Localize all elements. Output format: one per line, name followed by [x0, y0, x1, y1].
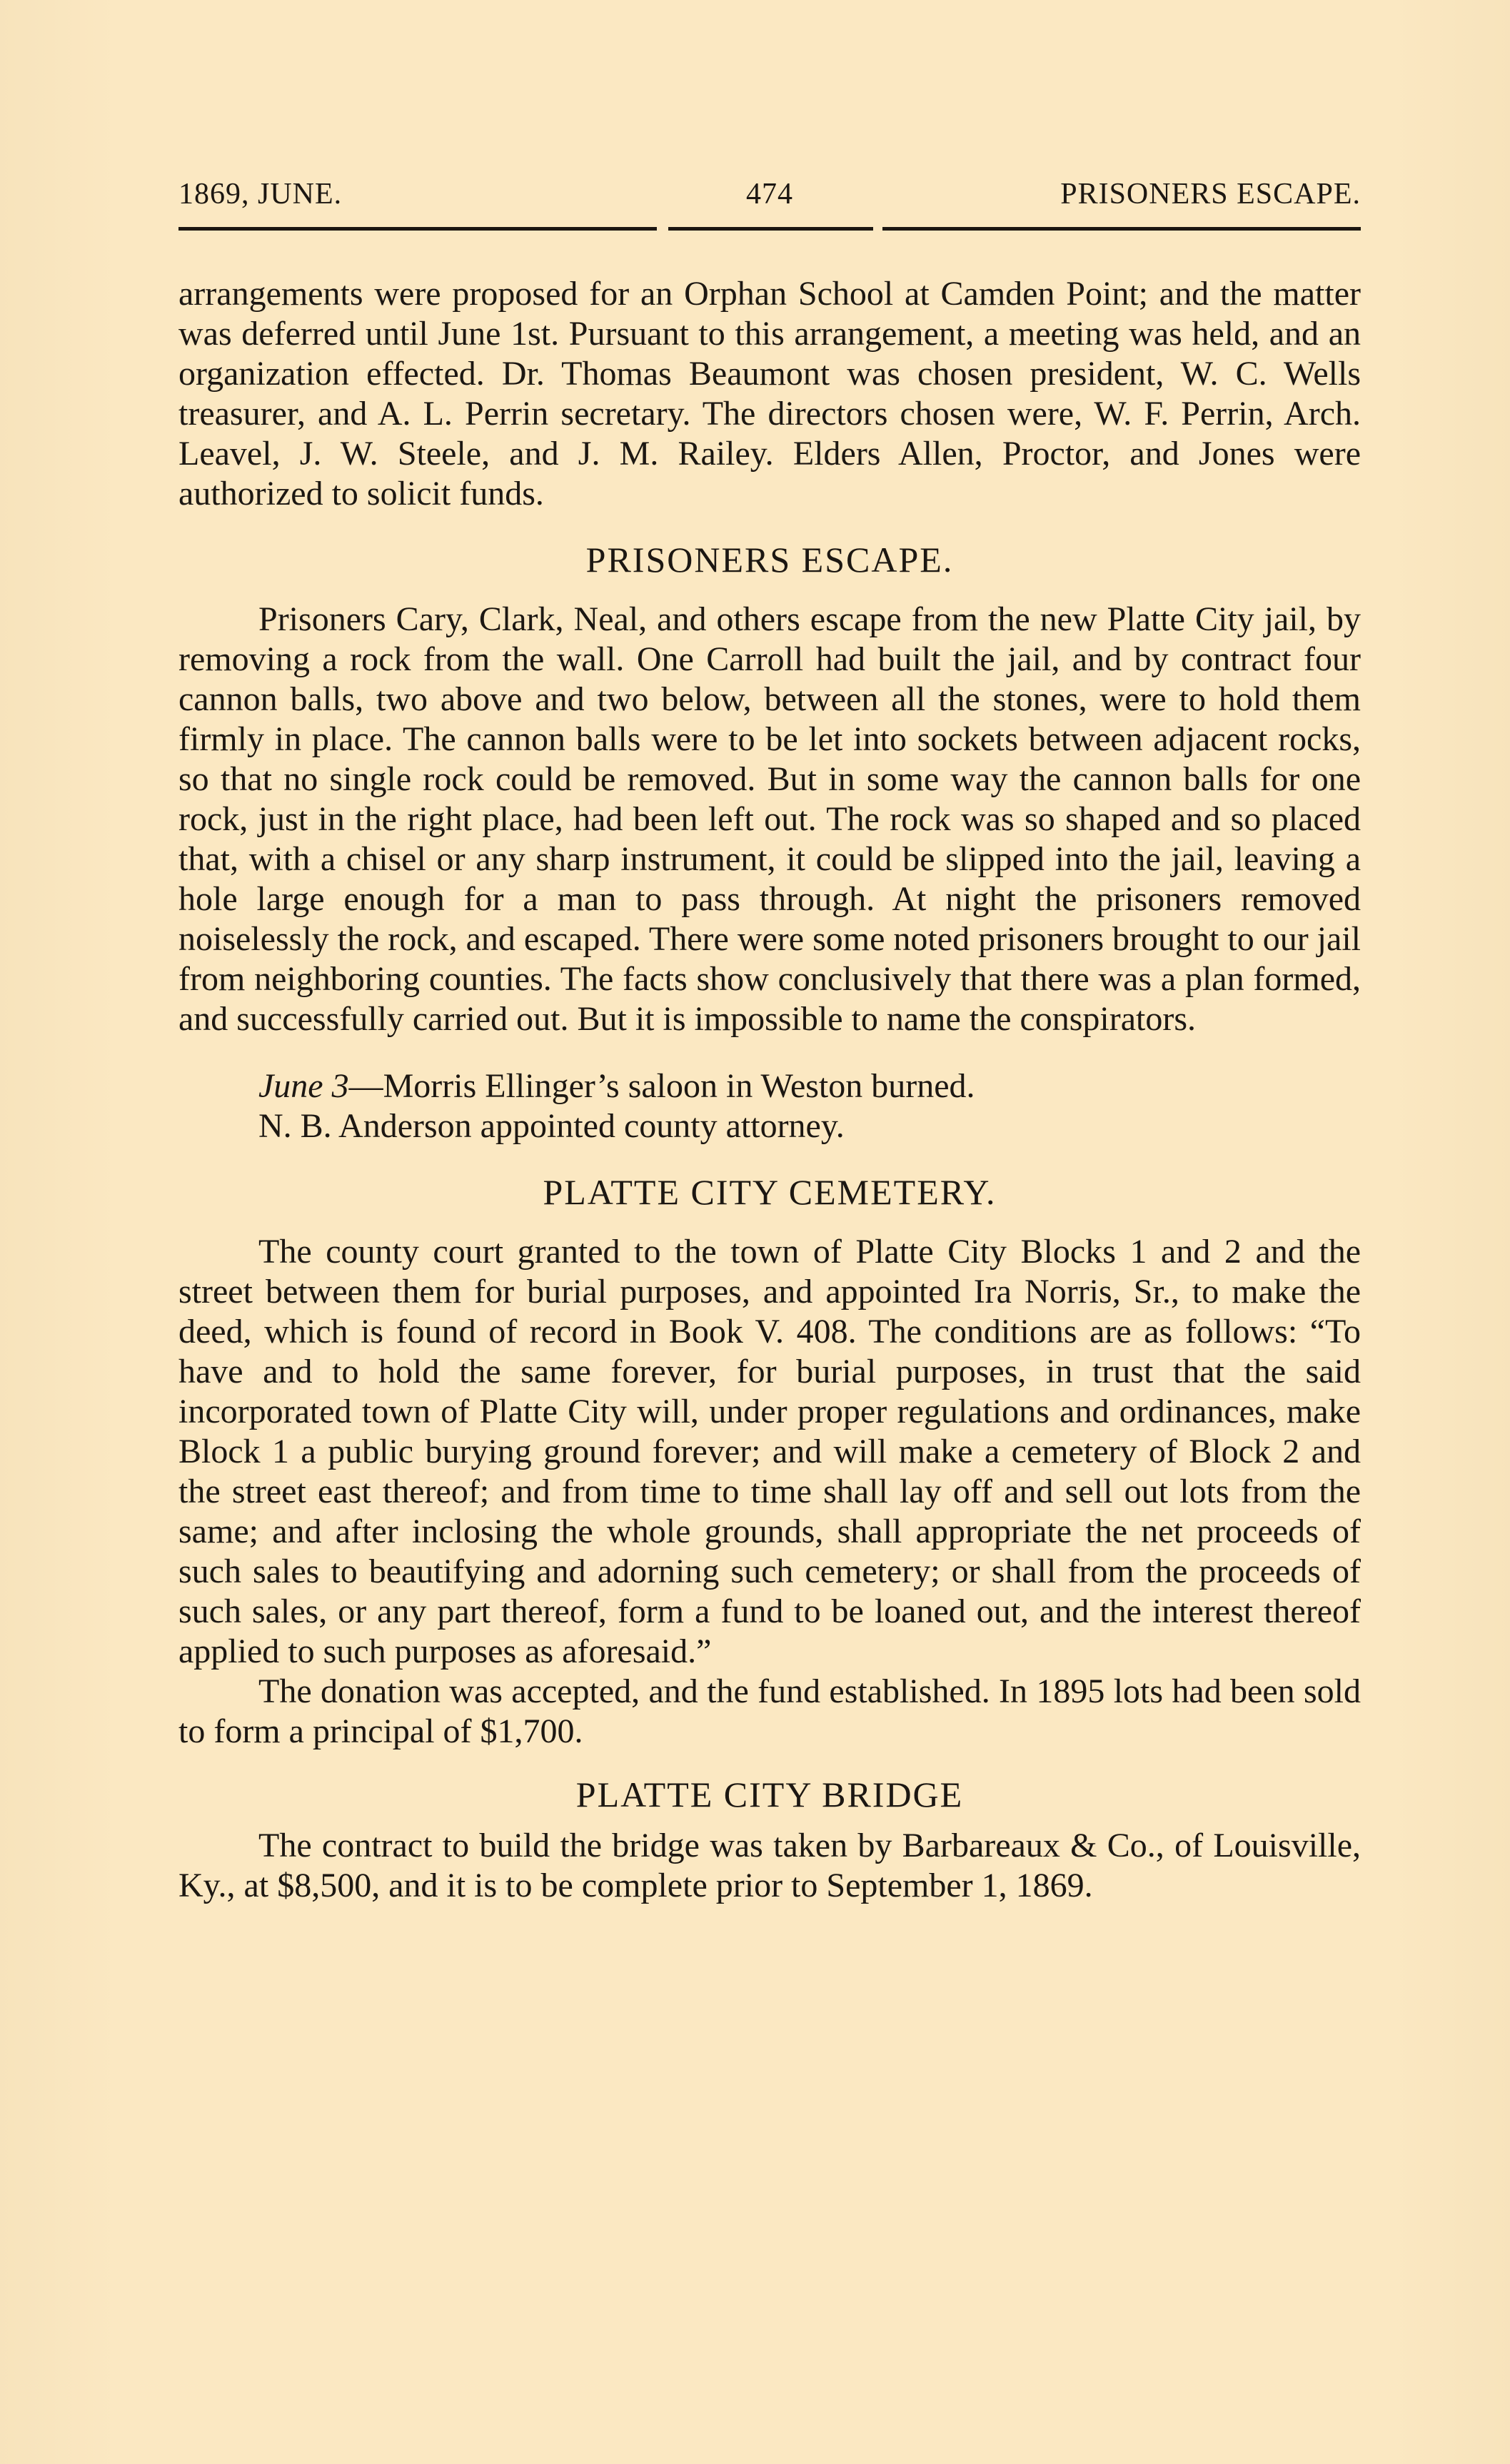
running-head-date: 1869, JUNE. [178, 177, 342, 211]
header-rule-right [882, 227, 1361, 231]
body-text: arrangements were proposed for an Orphan… [178, 274, 1361, 1906]
running-head: 1869, JUNE. 474 PRISONERS ESCAPE. [178, 177, 1361, 211]
section-heading-platte-city-bridge: PLATTE CITY BRIDGE [178, 1773, 1361, 1816]
header-rule-left [178, 227, 657, 231]
header-rule-center [668, 227, 873, 231]
running-head-title: PRISONERS ESCAPE. [1060, 177, 1361, 211]
prisoners-escape-paragraph: Prisoners Cary, Clark, Neal, and others … [178, 600, 1361, 1039]
section-heading-platte-city-cemetery: PLATTE CITY CEMETERY. [178, 1171, 1361, 1213]
cemetery-paragraph-2: The donation was accepted, and the fund … [178, 1672, 1361, 1752]
entry-text-saloon: Morris Ellinger’s saloon in Weston burne… [383, 1067, 975, 1105]
bridge-paragraph: The contract to build the bridge was tak… [178, 1826, 1361, 1906]
june-3-entry-line-1: June 3—Morris Ellinger’s saloon in Westo… [178, 1066, 1361, 1106]
header-rule [178, 227, 1361, 231]
entry-date: June 3 [258, 1067, 349, 1105]
orphan-school-paragraph: arrangements were proposed for an Orphan… [178, 274, 1361, 514]
entry-dash: — [349, 1067, 383, 1105]
cemetery-paragraph-1: The county court granted to the town of … [178, 1232, 1361, 1672]
page-number: 474 [746, 177, 793, 211]
section-heading-prisoners-escape: PRISONERS ESCAPE. [178, 538, 1361, 581]
june-3-entry-line-2: N. B. Anderson appointed county attorney… [178, 1106, 1361, 1146]
